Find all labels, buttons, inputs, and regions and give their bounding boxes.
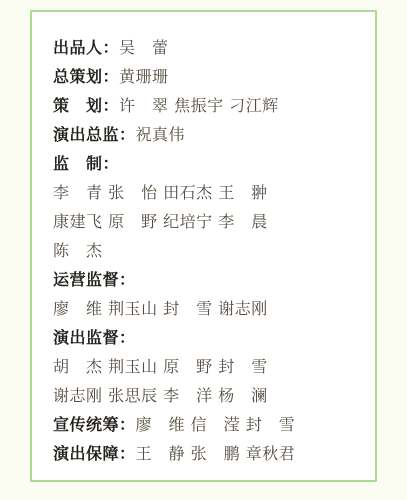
- credit-names: 廖 维 荆玉山 封 雪 谢志刚: [53, 299, 268, 318]
- credit-names: 吴 蕾: [119, 38, 169, 57]
- credit-role-label: 总策划：: [53, 67, 119, 86]
- credit-line: 监 制：: [53, 149, 365, 178]
- credit-line: 演出保障：王 静 张 鹏 章秋君: [53, 439, 365, 468]
- credit-role-label: 监 制：: [53, 154, 119, 173]
- credit-line: 陈 杰: [53, 236, 365, 265]
- credit-role-label: 演出总监：: [53, 125, 136, 144]
- credit-role-label: 出品人：: [53, 38, 119, 57]
- credit-role-label: 运营监督：: [53, 270, 136, 289]
- credit-line: 策 划：许 翠 焦振宇 刁江辉: [53, 91, 365, 120]
- credit-names: 黄珊珊: [119, 67, 169, 86]
- credit-names: 王 静 张 鹏 章秋君: [136, 444, 296, 463]
- credit-names: 陈 杰: [53, 241, 103, 260]
- credit-role-label: 策 划：: [53, 96, 119, 115]
- credit-line: 演出监督：: [53, 323, 365, 352]
- credit-line: 总策划：黄珊珊: [53, 62, 365, 91]
- credit-names: 李 青 张 怡 田石杰 王 翀: [53, 183, 268, 202]
- credit-names: 谢志刚 张思辰 李 洋 杨 澜: [53, 386, 268, 405]
- credit-role-label: 宣传统筹：: [53, 415, 136, 434]
- credit-role-label: 演出保障：: [53, 444, 136, 463]
- credit-names: 廖 维 信 滢 封 雪: [136, 415, 296, 434]
- credit-line: 宣传统筹：廖 维 信 滢 封 雪: [53, 410, 365, 439]
- credit-line: 廖 维 荆玉山 封 雪 谢志刚: [53, 294, 365, 323]
- credit-line: 康建飞 原 野 纪培宁 李 晨: [53, 207, 365, 236]
- credit-names: 祝真伟: [136, 125, 186, 144]
- credit-role-label: 演出监督：: [53, 328, 136, 347]
- credits-panel: 出品人：吴 蕾 总策划：黄珊珊 策 划：许 翠 焦振宇 刁江辉 演出总监：祝真伟…: [30, 10, 377, 482]
- credit-line: 李 青 张 怡 田石杰 王 翀: [53, 178, 365, 207]
- credit-line: 演出总监：祝真伟: [53, 120, 365, 149]
- credit-names: 康建飞 原 野 纪培宁 李 晨: [53, 212, 268, 231]
- credits-content: 出品人：吴 蕾 总策划：黄珊珊 策 划：许 翠 焦振宇 刁江辉 演出总监：祝真伟…: [32, 12, 375, 468]
- credit-names: 许 翠 焦振宇 刁江辉: [119, 96, 279, 115]
- credit-line: 谢志刚 张思辰 李 洋 杨 澜: [53, 381, 365, 410]
- credit-line: 出品人：吴 蕾: [53, 33, 365, 62]
- credit-line: 运营监督：: [53, 265, 365, 294]
- credit-names: 胡 杰 荆玉山 原 野 封 雪: [53, 357, 268, 376]
- credit-line: 胡 杰 荆玉山 原 野 封 雪: [53, 352, 365, 381]
